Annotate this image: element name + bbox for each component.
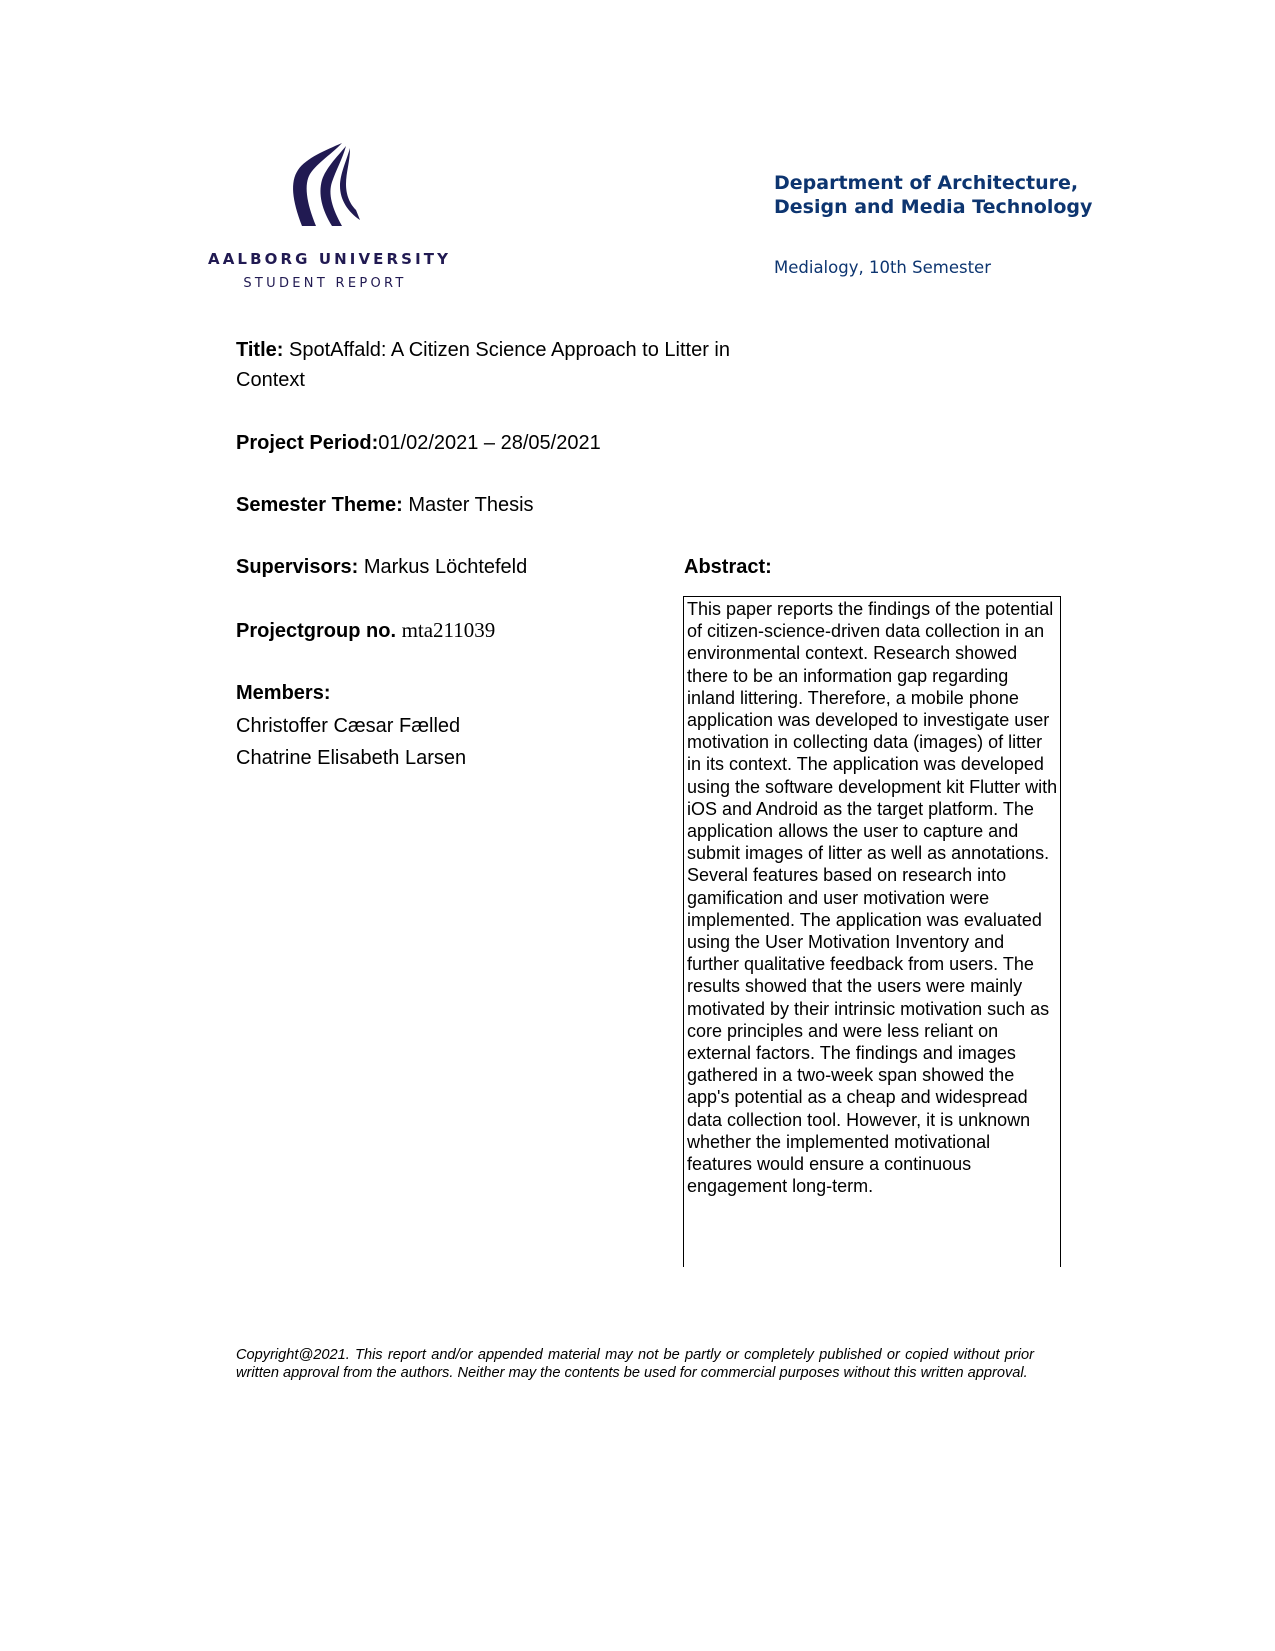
- supervisors-value: Markus Löchtefeld: [364, 556, 527, 578]
- field-projectgroup: Projectgroup no. mta211039: [236, 615, 495, 646]
- field-title: Title: SpotAffald: A Citizen Science App…: [236, 335, 756, 395]
- member-name: Christoffer Cæsar Fælled: [236, 710, 466, 742]
- department-line-1: Department of Architecture,: [774, 171, 1092, 195]
- department-name: Department of Architecture, Design and M…: [774, 171, 1092, 219]
- supervisors-label: Supervisors:: [236, 556, 358, 578]
- copyright-notice: Copyright@2021. This report and/or appen…: [236, 1347, 1034, 1382]
- theme-label: Semester Theme:: [236, 494, 403, 516]
- group-label: Projectgroup no.: [236, 620, 396, 642]
- abstract-heading: Abstract:: [684, 552, 772, 582]
- field-supervisors: Supervisors: Markus Löchtefeld: [236, 552, 527, 582]
- title-label: Title:: [236, 339, 283, 361]
- university-name: AALBORG UNIVERSITY: [208, 250, 442, 268]
- members-list: Christoffer Cæsar Fælled Chatrine Elisab…: [236, 710, 466, 774]
- department-line-2: Design and Media Technology: [774, 195, 1092, 219]
- title-value: SpotAffald: A Citizen Science Approach t…: [236, 339, 730, 391]
- member-name: Chatrine Elisabeth Larsen: [236, 742, 466, 774]
- field-project-period: Project Period:01/02/2021 – 28/05/2021: [236, 428, 601, 458]
- theme-value: Master Thesis: [408, 494, 533, 516]
- group-value: mta211039: [402, 618, 496, 642]
- members-label: Members:: [236, 682, 330, 704]
- field-semester-theme: Semester Theme: Master Thesis: [236, 490, 534, 520]
- field-members: Members:: [236, 678, 330, 708]
- report-type: STUDENT REPORT: [208, 276, 442, 291]
- aalborg-logo-icon: [276, 140, 366, 230]
- period-value: 01/02/2021 – 28/05/2021: [378, 432, 600, 454]
- abstract-box: This paper reports the findings of the p…: [683, 596, 1061, 1267]
- abstract-text: This paper reports the findings of the p…: [684, 597, 1060, 1197]
- programme-semester: Medialogy, 10th Semester: [774, 258, 991, 277]
- period-label: Project Period:: [236, 432, 378, 454]
